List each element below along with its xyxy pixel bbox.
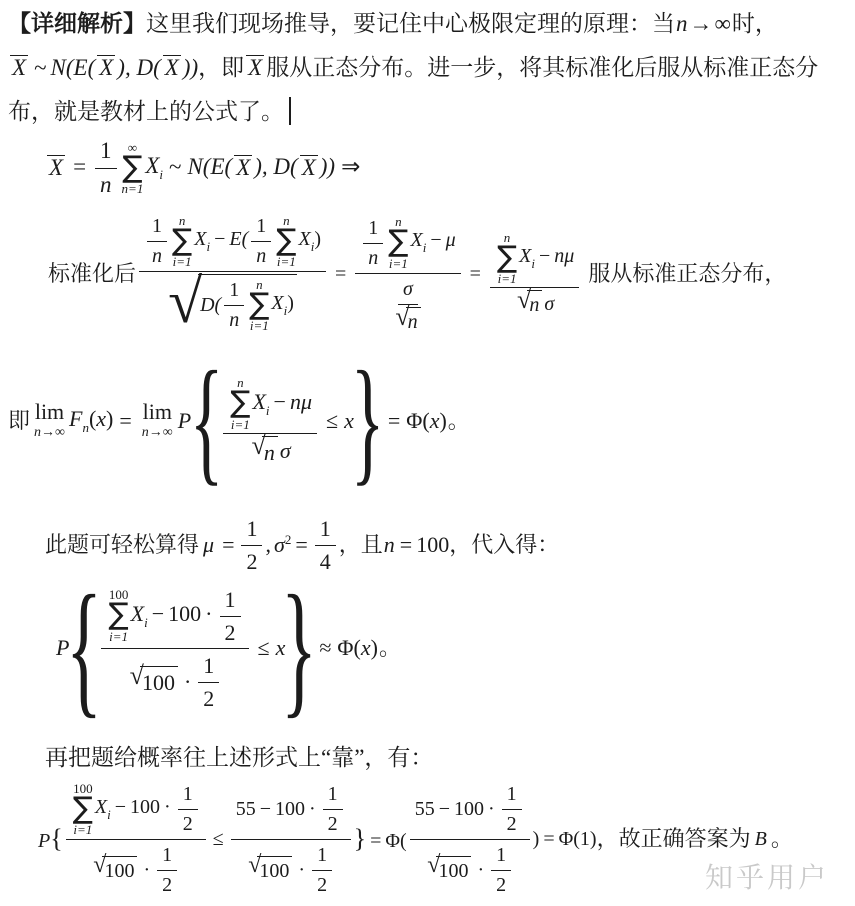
math-group: 2 — [507, 810, 517, 837]
math-group: Fn(x) — [69, 405, 113, 436]
math-symbol: ) — [287, 292, 294, 314]
math-symbol: 2 — [496, 873, 506, 898]
math-symbol: → — [41, 425, 55, 440]
math-symbol: ≤ — [258, 635, 270, 660]
math-group: Xi−μ — [410, 228, 455, 256]
math-symbol: } — [354, 824, 366, 853]
math-symbol: ) — [439, 408, 446, 433]
math-group: X — [10, 55, 28, 80]
math-group: 1n — [224, 277, 244, 333]
math-symbol: 100 — [416, 531, 449, 559]
paragraph-intro[interactable]: 【详细解析】这里我们现场推导，要记住中心极限定理的原理：当n→∞时， X~N(E… — [8, 2, 853, 134]
math-symbol: i=1 — [173, 255, 192, 268]
math-symbol: 55 — [236, 798, 256, 820]
math-symbol: 100 — [454, 798, 484, 820]
math-group: 2 — [317, 871, 327, 898]
math-symbol: √ — [252, 433, 266, 459]
fraction-clt: n∑i=1 Xi−nμ √nσ — [490, 230, 579, 319]
math-symbol: X — [302, 155, 316, 180]
math-symbol: i — [423, 240, 427, 255]
math-group: ≈Φ(x) — [313, 634, 378, 662]
math-symbol: 100 — [130, 796, 160, 818]
math-symbol: 4 — [320, 548, 331, 576]
math-group: n∑i=1 — [172, 214, 192, 269]
math-group: n→∞ — [34, 426, 65, 440]
math-symbol: ) — [314, 228, 321, 250]
math-symbol: n — [368, 246, 378, 271]
math-symbol: ∞ — [163, 425, 173, 440]
math-symbol: √ — [395, 304, 409, 330]
math-symbol: · — [184, 668, 191, 696]
math-symbol: nμ — [554, 245, 574, 267]
math-symbol: 。 — [448, 407, 470, 435]
math-symbol: 100 — [438, 859, 468, 884]
math-symbol: i — [531, 256, 535, 271]
fraction-1-over-n: 1n — [95, 136, 117, 200]
math-group: 2 — [183, 810, 193, 837]
text-line-1: 【详细解析】这里我们现场推导，要记住中心极限定理的原理：当n→∞时， — [8, 2, 853, 46]
math-symbol: i=1 — [231, 418, 250, 431]
math-symbol: 1 — [225, 586, 236, 614]
math-symbol: ) — [533, 828, 540, 850]
formula-approximation: P { 100∑i=1 Xi−100· 12 √100 · 12 ≤x } ≈Φ… — [55, 584, 402, 712]
math-group: n — [100, 169, 112, 200]
math-group: 100 — [257, 856, 292, 884]
math-symbol: , — [265, 531, 271, 559]
math-symbol: = — [470, 262, 481, 287]
fraction-substituted: 100∑i=1 Xi−100· 12 √100 · 12 — [101, 584, 248, 712]
math-group: 1 — [220, 585, 241, 617]
fraction-one-quarter: 14 — [315, 514, 336, 575]
math-group: 1 — [323, 781, 343, 810]
math-symbol: 1 — [229, 278, 239, 303]
fraction-right-repeat: 55−100· 12 √100 · 12 — [410, 780, 530, 898]
radical: √ D( 1n n∑i=1 Xi) — [168, 274, 297, 336]
math-symbol: ) — [106, 406, 113, 431]
right-brace: } — [287, 590, 311, 707]
math-group: X — [163, 55, 181, 80]
math-symbol: √ — [168, 271, 202, 333]
math-symbol: − — [274, 389, 286, 414]
intro-text: 这里我们现场推导，要记住中心极限定理的原理：当 — [146, 11, 675, 36]
math-group: √100 — [130, 666, 178, 697]
math-group: 1 — [178, 781, 198, 810]
math-symbol: 1 — [246, 515, 257, 543]
math-symbol: − — [439, 798, 450, 820]
math-symbol: } — [351, 366, 385, 475]
math-group: 12 — [312, 842, 332, 898]
math-group: 1 — [95, 136, 117, 169]
math-group: 2 — [328, 810, 338, 837]
math-symbol: 2 — [225, 619, 236, 647]
math-group: 12 — [157, 842, 177, 898]
math-symbol: n=1 — [122, 182, 144, 195]
math-symbol: − — [115, 796, 126, 818]
math-symbol: 。 — [771, 825, 793, 853]
math-group: Xi−E( — [194, 227, 248, 255]
math-group: 1n — [147, 213, 167, 269]
math-group: 100 — [436, 856, 471, 884]
left-brace: { — [72, 590, 96, 707]
math-symbol: X — [95, 796, 107, 818]
math-symbol: X — [131, 601, 144, 626]
math-symbol: Φ — [385, 830, 400, 852]
math-symbol: 1 — [256, 214, 266, 239]
math-symbol: i — [107, 807, 111, 822]
math-group: X — [246, 55, 264, 80]
math-symbol: n — [229, 308, 239, 333]
math-symbol: 1 — [100, 137, 112, 166]
fraction-clt: n∑i=1 Xi−nμ √nσ — [223, 375, 317, 466]
math-symbol: ∞ — [715, 11, 731, 36]
math-group: 4 — [320, 546, 331, 576]
math-group: ), D( — [254, 153, 297, 182]
math-symbol: = — [543, 828, 554, 850]
math-group: 100∑i=1 Xi−100· 12 — [66, 780, 206, 840]
formula-limit-definition: 即 limn→∞ Fn(x) = limn→∞ P { n∑i=1 Xi−nμ … — [8, 366, 471, 475]
math-symbol: 100 — [104, 859, 134, 884]
math-group: n∑i=1 — [388, 215, 408, 270]
math-symbol: X — [248, 55, 262, 80]
math-group: n∑i=1 — [230, 376, 250, 431]
math-group: 1n n∑i=1 Xi−μ — [355, 214, 460, 274]
math-group: σ √n — [390, 274, 425, 335]
math-group: 1 — [363, 215, 383, 244]
math-symbol: B — [755, 827, 767, 852]
math-symbol: 1 — [317, 843, 327, 868]
label-ji: 即 — [8, 407, 30, 435]
math-symbol: ( — [422, 408, 429, 433]
math-group: 1n — [251, 213, 271, 269]
text-transform-hint: 再把题给概率往上述形式上“靠”，有： — [45, 736, 433, 780]
math-symbol: ), D( — [117, 55, 160, 80]
math-group: D( 1n n∑i=1 Xi) — [198, 274, 297, 333]
math-symbol: σ — [280, 437, 291, 465]
math-symbol: i=1 — [498, 272, 517, 285]
math-symbol: ∑ — [108, 601, 128, 630]
math-group: 1 — [224, 277, 244, 306]
math-symbol: ( — [573, 828, 580, 850]
math-group: ≤x — [320, 407, 354, 435]
math-symbol: ∑ — [230, 389, 250, 418]
math-symbol: · — [205, 601, 212, 626]
math-symbol: − — [260, 798, 271, 820]
math-group: =Φ(x) — [382, 407, 447, 435]
math-symbol: 2 — [328, 812, 338, 837]
math-symbol: n — [34, 425, 41, 440]
math-symbol: = — [388, 408, 400, 433]
math-symbol: = — [335, 262, 346, 287]
math-symbol: ，且 — [339, 531, 383, 559]
fraction-right: 55−100· 12 √100 · 12 — [231, 780, 351, 898]
math-symbol: nμ — [290, 389, 312, 414]
math-symbol: ∑ — [249, 291, 269, 320]
math-group: √ D( 1n n∑i=1 Xi) — [166, 272, 299, 336]
section-label: 【详细解析】 — [8, 11, 146, 36]
math-group: 100 — [102, 856, 137, 884]
math-group: X — [97, 55, 115, 80]
math-symbol: { — [50, 824, 62, 853]
math-symbol: σ — [544, 292, 554, 317]
math-symbol: ⇒ — [341, 153, 360, 182]
math-symbol: X — [49, 155, 63, 180]
math-symbol: √ — [248, 853, 261, 877]
math-symbol: Φ — [406, 408, 422, 433]
math-symbol: 1 — [580, 828, 590, 850]
math-symbol: X — [236, 155, 250, 180]
fraction-mu-sigma: 1n n∑i=1 Xi−μ σ √n — [355, 214, 460, 335]
math-symbol: ) — [371, 635, 378, 660]
math-symbol: 1 — [203, 652, 214, 680]
limit: limn→∞ — [142, 401, 173, 440]
math-symbol: { — [66, 590, 102, 707]
math-group: n∑i=1 Xi−nμ — [223, 375, 317, 434]
math-group: 1 — [147, 213, 167, 242]
math-symbol: X — [99, 55, 113, 80]
math-symbol: √ — [427, 853, 440, 877]
math-symbol: 100 — [259, 859, 289, 884]
math-symbol: √ — [93, 853, 106, 877]
math-group: 1 — [491, 842, 511, 871]
math-symbol: 2 — [246, 548, 257, 576]
math-group: 2 — [246, 546, 257, 576]
math-symbol: } — [281, 590, 317, 707]
math-group: n — [256, 242, 266, 269]
math-symbol: )) — [183, 55, 198, 80]
math-symbol: i=1 — [73, 823, 92, 836]
fraction-left: 100∑i=1 Xi−100· 12 √100 · 12 — [66, 780, 206, 898]
math-symbol: ( — [354, 635, 361, 660]
math-symbol: P — [38, 830, 50, 852]
math-group: 1 — [198, 651, 219, 683]
math-group: σ — [398, 276, 418, 305]
math-symbol: { — [189, 366, 223, 475]
math-group: Xi) — [298, 227, 321, 255]
math-symbol: 再把题给概率往上述形式上“靠”，有： — [45, 745, 433, 770]
math-group: )) — [320, 153, 335, 182]
math-symbol: 1 — [496, 843, 506, 868]
math-symbol: 1 — [183, 782, 193, 807]
math-symbol: X — [194, 228, 206, 250]
math-group: N(E( — [187, 153, 232, 182]
math-symbol: i — [206, 239, 210, 254]
math-symbol: 此题可轻松算得 — [45, 531, 199, 559]
math-symbol: D( — [200, 293, 221, 318]
math-symbol: n — [142, 425, 149, 440]
math-symbol: ∑ — [172, 227, 192, 256]
math-group: √n — [393, 305, 422, 335]
math-symbol: 2 — [507, 812, 517, 837]
math-group: 55−100· — [236, 797, 320, 822]
math-group: X — [47, 155, 65, 180]
math-symbol: 时， — [732, 11, 778, 36]
math-group: 1 — [312, 842, 332, 871]
math-symbol: 2 — [183, 812, 193, 837]
formula-standardization: 标准化后 1n n∑i=1 Xi−E( 1n n∑i=1 Xi) √ D( 1n… — [48, 212, 786, 336]
math-symbol: ，故正确答案为 — [597, 825, 751, 853]
math-symbol: ∑ — [388, 228, 408, 257]
text-line-3: 布，就是教材上的公式了。 — [8, 90, 853, 134]
math-symbol: N(E( — [51, 55, 96, 80]
text-line-2: X~N(E(X), D(X))，即X服从正态分布。进一步，将其标准化后服从标准正… — [8, 46, 853, 90]
math-symbol: ，即 — [198, 55, 244, 80]
math-group: }=Φ( — [354, 823, 407, 856]
math-group: 100∑i=1 — [73, 782, 93, 837]
math-group: 12 — [502, 781, 522, 837]
math-group: σ √n — [393, 276, 422, 335]
math-symbol: − — [539, 245, 550, 267]
math-symbol: 2 — [162, 873, 172, 898]
math-symbol: 2 — [285, 532, 292, 547]
math-symbol: √ — [517, 287, 531, 313]
math-symbol: 1 — [507, 782, 517, 807]
math-group: 12 — [491, 842, 511, 898]
math-symbol: → — [149, 425, 163, 440]
math-group: n→∞ — [142, 426, 173, 440]
math-group: P{ — [38, 823, 63, 856]
formula-final-answer: P{ 100∑i=1 Xi−100· 12 √100 · 12 ≤ 55−100… — [38, 780, 793, 898]
math-symbol: ~ — [34, 55, 46, 80]
math-symbol: n — [100, 171, 112, 200]
math-symbol: i=1 — [389, 257, 408, 270]
math-group: 1 — [157, 842, 177, 871]
math-group: 2 — [162, 871, 172, 898]
math-group: 12 — [220, 585, 241, 646]
math-symbol: = — [295, 531, 307, 559]
math-group: √100 · 12 — [425, 840, 514, 898]
math-symbol: ), D( — [254, 154, 297, 179]
math-group: √n — [252, 436, 278, 467]
math-symbol: 2 — [317, 873, 327, 898]
math-symbol: x — [361, 635, 371, 660]
math-symbol: i=1 — [109, 630, 128, 643]
math-symbol: = — [400, 531, 412, 559]
math-symbol: X — [519, 245, 531, 267]
math-symbol: · — [164, 796, 171, 818]
math-group: √n — [395, 307, 420, 335]
math-group: 55−100· 12 — [231, 780, 351, 840]
math-symbol: ∑ — [276, 227, 296, 256]
math-symbol: · — [477, 858, 484, 883]
math-symbol: Φ — [337, 635, 353, 660]
math-symbol: ≤ — [213, 827, 224, 852]
math-symbol: n — [676, 11, 688, 36]
math-symbol: E( — [229, 228, 248, 250]
math-symbol: = — [222, 531, 234, 559]
math-symbol: = — [370, 830, 381, 852]
document-page[interactable]: { "colors": { "text": "#1c1c1c", "waterm… — [0, 0, 855, 906]
math-symbol: ( — [400, 830, 407, 852]
math-symbol: 布，就是教材上的公式了。 — [8, 99, 284, 124]
label-follows-normal: 服从标准正态分布， — [588, 260, 786, 288]
math-group: 1 — [251, 213, 271, 242]
math-symbol: i — [266, 403, 270, 418]
left-brace: { — [194, 366, 218, 475]
math-group: 12 — [323, 781, 343, 837]
fraction-standardized-full: 1n n∑i=1 Xi−E( 1n n∑i=1 Xi) √ D( 1n n∑i=… — [139, 212, 326, 336]
math-symbol: lim — [35, 401, 64, 423]
math-symbol: )) — [320, 154, 335, 179]
math-symbol: n — [384, 531, 395, 559]
math-group: Xi) — [271, 291, 294, 319]
math-symbol: ∑ — [497, 244, 517, 273]
math-group: n — [152, 242, 162, 269]
math-symbol: 100 — [168, 601, 201, 626]
math-group: n∑i=1 Xi−nμ — [490, 230, 579, 289]
math-group: Xi−nμ — [252, 388, 312, 419]
math-symbol: lim — [143, 401, 172, 423]
math-symbol: − — [214, 228, 225, 250]
math-group: 55−100· — [415, 797, 499, 822]
math-symbol: μ — [446, 229, 456, 251]
math-symbol: · — [488, 798, 495, 820]
math-symbol: ~ — [169, 153, 181, 182]
math-group: √100 — [427, 856, 471, 884]
math-group: 1 — [241, 514, 262, 546]
math-group: n — [368, 244, 378, 271]
math-group: √100 · 12 — [91, 840, 180, 898]
watermark-zhihu-user: 知乎用户 — [705, 856, 829, 896]
math-group: Xi−100· — [95, 795, 175, 823]
math-symbol: ≤ — [326, 408, 338, 433]
right-brace: } — [356, 366, 380, 475]
math-group: 1n — [363, 215, 383, 271]
math-symbol: 1 — [320, 515, 331, 543]
math-symbol: ，代入得： — [449, 531, 559, 559]
math-symbol: ∑ — [122, 154, 142, 183]
math-symbol: n — [152, 244, 162, 269]
math-symbol: 1 — [328, 782, 338, 807]
math-symbol: ≈ — [319, 635, 331, 660]
math-symbol: 知乎用户 — [705, 863, 829, 894]
math-symbol: X — [298, 228, 310, 250]
math-symbol: 1 — [152, 214, 162, 239]
math-symbol: √ — [130, 663, 144, 689]
math-group: X — [234, 155, 252, 180]
math-group: Xi−100· — [131, 600, 217, 631]
math-symbol: F — [69, 406, 82, 431]
math-group: 2 — [225, 617, 236, 647]
math-symbol: = — [119, 407, 131, 435]
math-group: √100 · 12 — [246, 840, 335, 898]
formula-xbar-distribution: X = 1n ∞∑n=1 Xi ~ N(E( X ), D( X )) ⇒ — [45, 136, 366, 200]
math-group: n∑i=1 — [249, 278, 269, 333]
math-symbol: 100 — [142, 669, 175, 697]
math-symbol: ) — [590, 828, 597, 850]
math-symbol: → — [690, 11, 713, 36]
math-group: √100 — [93, 856, 137, 884]
math-group: 2 — [203, 683, 214, 713]
math-group: Xi — [145, 152, 163, 183]
math-symbol: n — [256, 244, 266, 269]
math-symbol: · — [298, 858, 305, 883]
math-symbol: ∞ — [55, 425, 65, 440]
math-group: 1 — [315, 514, 336, 546]
math-symbol: X — [271, 292, 283, 314]
math-group: √nσ — [515, 288, 554, 318]
math-symbol: = — [73, 153, 86, 182]
limit: limn→∞ — [34, 401, 65, 440]
math-symbol: σ — [403, 277, 413, 302]
math-group: 1n n∑i=1 Xi−E( 1n n∑i=1 Xi) — [139, 212, 326, 272]
math-symbol: 服从正态分布。进一步，将其标准化后服从标准正态分 — [266, 55, 818, 80]
math-group: σ2 — [274, 531, 291, 559]
math-symbol: − — [430, 229, 441, 251]
math-symbol: i — [144, 615, 148, 630]
math-symbol: X — [12, 55, 26, 80]
math-group: √100 · 12 — [128, 649, 223, 712]
math-symbol: x — [430, 408, 440, 433]
